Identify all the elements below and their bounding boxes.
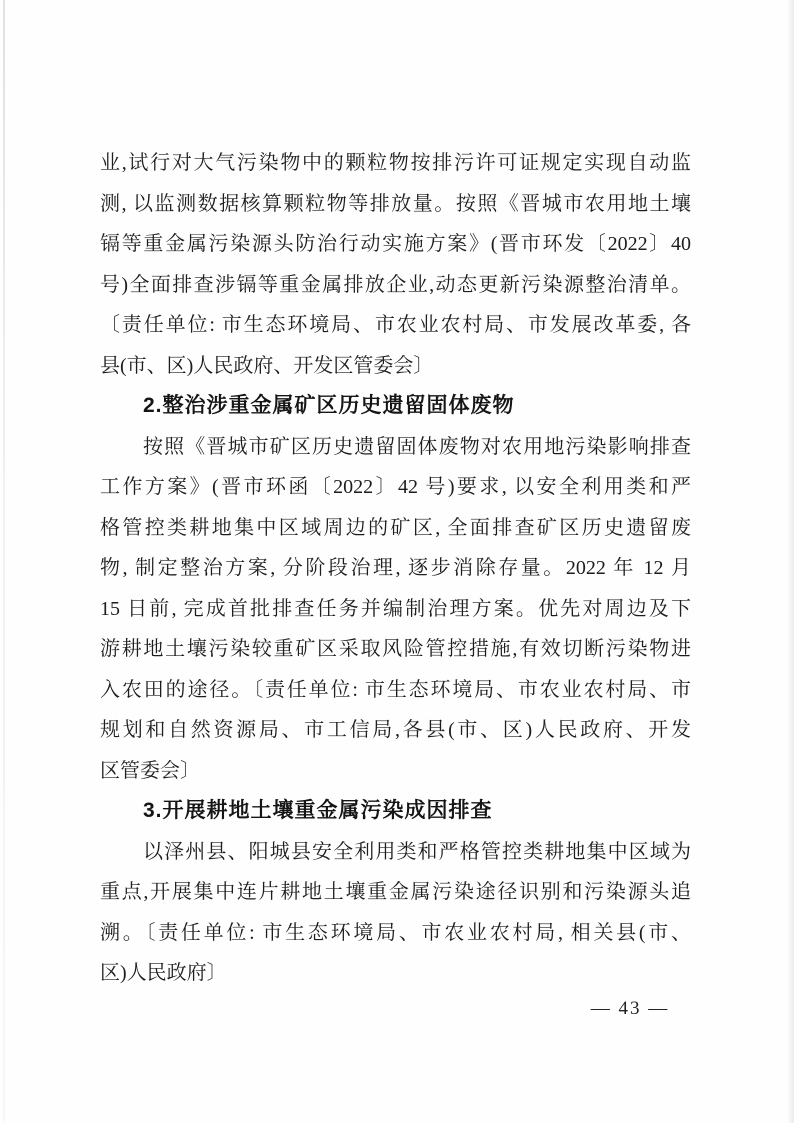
section-heading: 3.开展耕地土壤重金属污染成因排查 bbox=[100, 791, 691, 832]
text-line: 测, 以监测数据核算颗粒物等排放量。按照《晋城市农用地土壤 bbox=[100, 184, 691, 225]
text-line: 15 日前, 完成首批排查任务并编制治理方案。优先对周边及下 bbox=[100, 589, 691, 630]
text-line: 县(市、区)人民政府、开发区管委会〕 bbox=[100, 346, 691, 387]
page-number: — 43 — bbox=[560, 998, 700, 1020]
text-line: 格管控类耕地集中区域周边的矿区, 全面排查矿区历史遗留废 bbox=[100, 508, 691, 549]
text-line: 物, 制定整治方案, 分阶段治理, 逐步消除存量。2022 年 12 月 bbox=[100, 548, 691, 589]
text-line: 镉等重金属污染源头防治行动实施方案》(晋市环发〔2022〕40 bbox=[100, 224, 691, 265]
text-line: 规划和自然资源局、市工信局,各县(市、区)人民政府、开发 bbox=[100, 710, 691, 751]
text-line: 重点,开展集中连片耕地土壤重金属污染途径识别和污染源头追 bbox=[100, 872, 691, 913]
document-page: 业,试行对大气污染物中的颗粒物按排污许可证规定实现自动监测, 以监测数据核算颗粒… bbox=[0, 0, 794, 1123]
scan-edge-line bbox=[3, 0, 5, 1123]
document-text: 业,试行对大气污染物中的颗粒物按排污许可证规定实现自动监测, 以监测数据核算颗粒… bbox=[100, 143, 691, 994]
text-line: 区)人民政府〕 bbox=[100, 953, 691, 994]
text-line: 〔责任单位: 市生态环境局、市农业农村局、市发展改革委, 各 bbox=[100, 305, 691, 346]
text-line: 以泽州县、阳城县安全利用类和严格管控类耕地集中区域为 bbox=[100, 832, 691, 873]
text-line: 号)全面排查涉镉等重金属排放企业,动态更新污染源整治清单。 bbox=[100, 265, 691, 306]
section-heading: 2.整治涉重金属矿区历史遗留固体废物 bbox=[100, 386, 691, 427]
text-line: 游耕地土壤污染较重矿区采取风险管控措施,有效切断污染物进 bbox=[100, 629, 691, 670]
text-line: 入农田的途径。〔责任单位: 市生态环境局、市农业农村局、市 bbox=[100, 670, 691, 711]
text-line: 溯。〔责任单位: 市生态环境局、市农业农村局, 相关县(市、 bbox=[100, 913, 691, 954]
text-line: 业,试行对大气污染物中的颗粒物按排污许可证规定实现自动监 bbox=[100, 143, 691, 184]
scan-edge-shadow bbox=[787, 0, 794, 1123]
text-line: 工作方案》(晋市环函〔2022〕42 号)要求, 以安全利用类和严 bbox=[100, 467, 691, 508]
text-line: 按照《晋城市矿区历史遗留固体废物对农用地污染影响排查 bbox=[100, 427, 691, 468]
text-line: 区管委会〕 bbox=[100, 751, 691, 792]
